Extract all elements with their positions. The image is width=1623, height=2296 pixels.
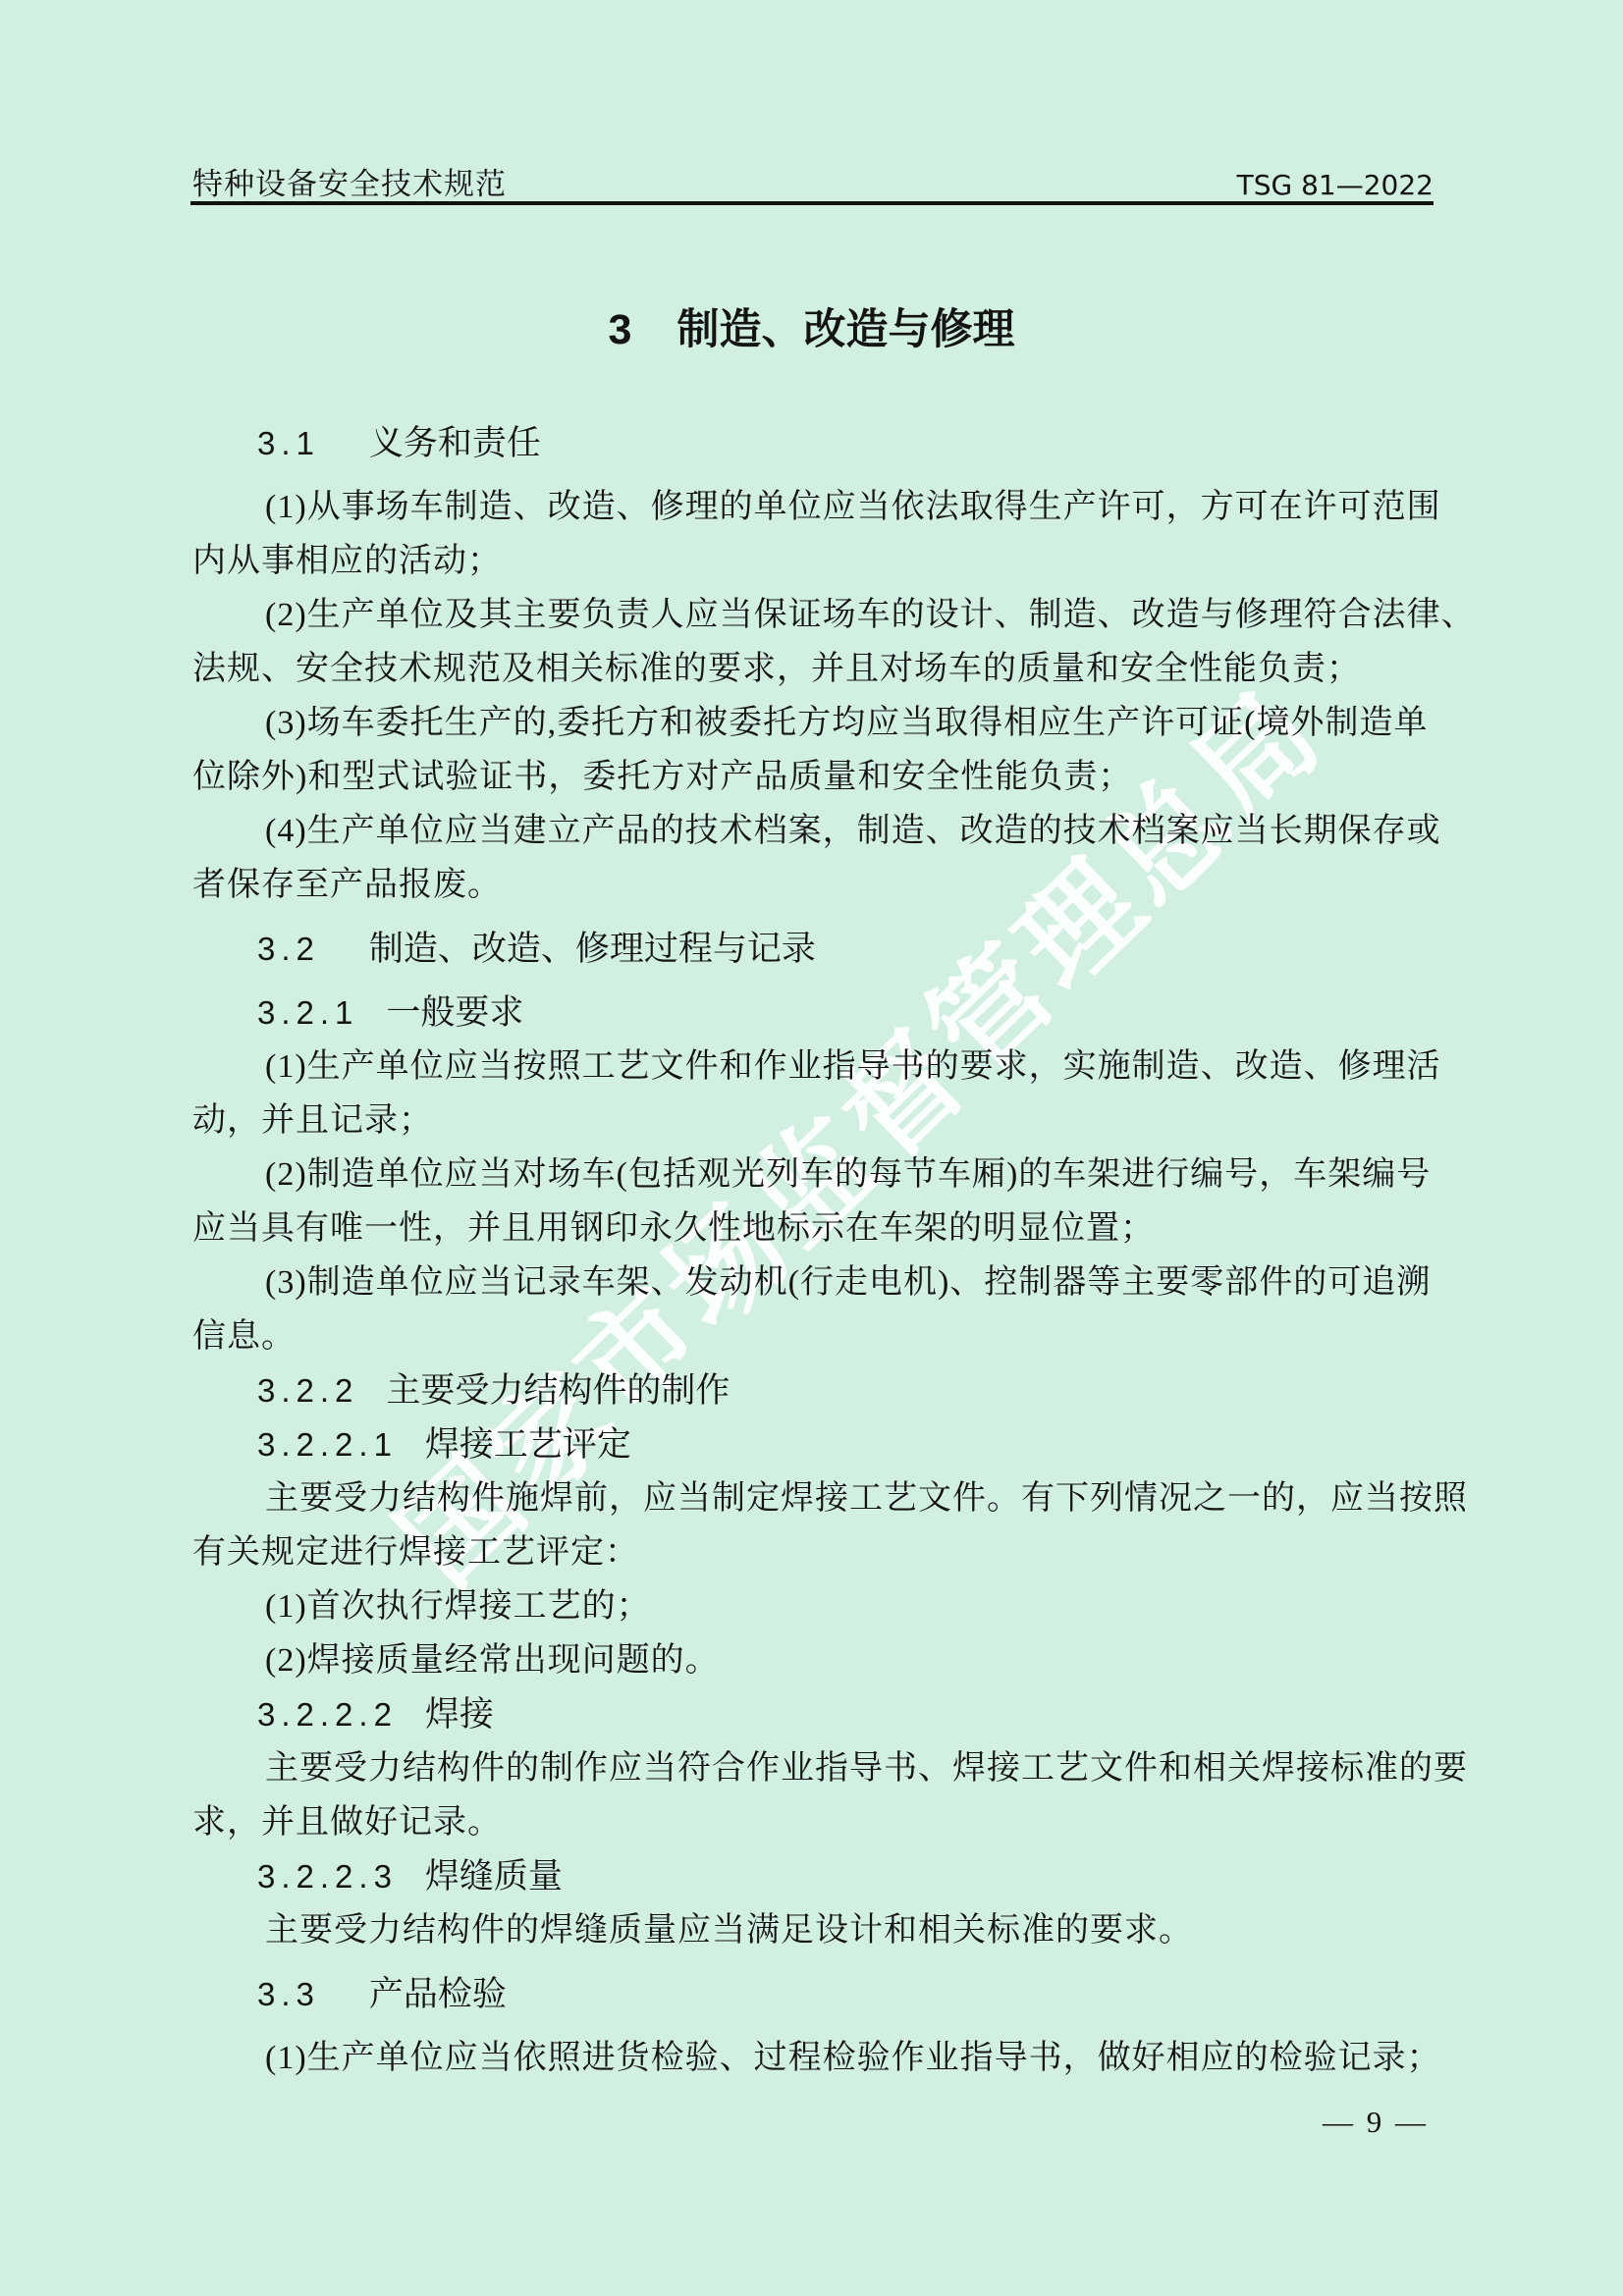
body-text-line: (3)制造单位应当记录车架、发动机(行走电机)、控制器等主要零部件的可追溯 bbox=[192, 1255, 1434, 1309]
body-text-line: 主要受力结构件施焊前，应当制定焊接工艺文件。有下列情况之一的，应当按照 bbox=[192, 1471, 1434, 1525]
section-heading-3.2: 3.2制造、改造、修理过程与记录 bbox=[192, 922, 1434, 976]
section-title-text: 制造、改造、修理过程与记录 bbox=[369, 930, 816, 968]
section-title-text: 焊缝质量 bbox=[425, 1857, 563, 1896]
header-rule bbox=[190, 201, 1434, 205]
body-text-line: 主要受力结构件的制作应当符合作业指导书、焊接工艺文件和相关焊接标准的要 bbox=[192, 1741, 1434, 1795]
section-number: 3.1 bbox=[257, 425, 320, 461]
body-text-line: (4)生产单位应当建立产品的技术档案，制造、改造的技术档案应当长期保存或 bbox=[192, 804, 1434, 858]
section-heading-3.2.2.1: 3.2.2.1焊接工艺评定 bbox=[192, 1417, 1434, 1471]
header-document-code: TSG 81—2022 bbox=[1237, 169, 1434, 201]
body-text-line: 动，并且记录； bbox=[192, 1094, 1434, 1148]
section-title-text: 焊接 bbox=[425, 1695, 494, 1734]
body-text-line: 应当具有唯一性，并且用钢印永久性地标示在车架的明显位置； bbox=[192, 1201, 1434, 1255]
chapter-title-text: 制造、改造与修理 bbox=[676, 306, 1014, 353]
section-heading-3.3: 3.3产品检验 bbox=[192, 1967, 1434, 2021]
document-page: 国家市场监督管理总局 特种设备安全技术规范 TSG 81—2022 3制造、改造… bbox=[0, 0, 1623, 2296]
body-text-line: (2)制造单位应当对场车(包括观光列车的每节车厢)的车架进行编号，车架编号 bbox=[192, 1148, 1434, 1201]
section-title-text: 主要受力结构件的制作 bbox=[386, 1371, 730, 1410]
body-text-line: (1)生产单位应当按照工艺文件和作业指导书的要求，实施制造、改造、修理活 bbox=[192, 1040, 1434, 1094]
header-regulation-name: 特种设备安全技术规范 bbox=[192, 159, 507, 203]
body-text-line: 内从事相应的活动； bbox=[192, 534, 1434, 588]
chapter-number: 3 bbox=[609, 306, 634, 353]
body-text-line: (2)焊接质量经常出现问题的。 bbox=[192, 1633, 1434, 1687]
section-title-text: 产品检验 bbox=[369, 1975, 507, 2013]
body-text-line: 者保存至产品报废。 bbox=[192, 858, 1434, 912]
body-text-line: (1)从事场车制造、改造、修理的单位应当依法取得生产许可，方可在许可范围 bbox=[192, 480, 1434, 534]
body-text-line: 信息。 bbox=[192, 1309, 1434, 1363]
section-number: 3.2.2.2 bbox=[257, 1696, 398, 1733]
document-body: 3.1义务和责任(1)从事场车制造、改造、修理的单位应当依法取得生产许可，方可在… bbox=[192, 406, 1434, 2085]
section-title-text: 一般要求 bbox=[386, 993, 523, 1032]
section-heading-3.1: 3.1义务和责任 bbox=[192, 416, 1434, 470]
section-heading-3.2.2.2: 3.2.2.2焊接 bbox=[192, 1687, 1434, 1741]
section-title-text: 焊接工艺评定 bbox=[425, 1425, 631, 1464]
section-number: 3.2.1 bbox=[257, 994, 358, 1031]
section-number: 3.3 bbox=[257, 1976, 320, 2012]
body-text-line: 主要受力结构件的焊缝质量应当满足设计和相关标准的要求。 bbox=[192, 1903, 1434, 1957]
section-title-text: 义务和责任 bbox=[369, 424, 541, 462]
page-header: 特种设备安全技术规范 TSG 81—2022 bbox=[192, 159, 1434, 203]
page-number: — 9 — bbox=[1323, 2105, 1429, 2140]
body-text-line: (1)生产单位应当依照进货检验、过程检验作业指导书，做好相应的检验记录； bbox=[192, 2031, 1434, 2085]
section-number: 3.2.2 bbox=[257, 1372, 358, 1409]
section-number: 3.2.2.3 bbox=[257, 1858, 398, 1895]
body-text-line: (1)首次执行焊接工艺的； bbox=[192, 1579, 1434, 1633]
body-text-line: (3)场车委托生产的,委托方和被委托方均应当取得相应生产许可证(境外制造单 bbox=[192, 696, 1434, 750]
section-heading-3.2.2: 3.2.2主要受力结构件的制作 bbox=[192, 1363, 1434, 1417]
body-text-line: 有关规定进行焊接工艺评定： bbox=[192, 1525, 1434, 1579]
body-text-line: 位除外)和型式试验证书，委托方对产品质量和安全性能负责； bbox=[192, 750, 1434, 804]
body-text-line: (2)生产单位及其主要负责人应当保证场车的设计、制造、改造与修理符合法律、 bbox=[192, 588, 1434, 642]
section-heading-3.2.1: 3.2.1一般要求 bbox=[192, 986, 1434, 1040]
chapter-title: 3制造、改造与修理 bbox=[0, 300, 1623, 359]
section-number: 3.2.2.1 bbox=[257, 1426, 398, 1463]
body-text-line: 求，并且做好记录。 bbox=[192, 1795, 1434, 1849]
body-text-line: 法规、安全技术规范及相关标准的要求，并且对场车的质量和安全性能负责； bbox=[192, 642, 1434, 696]
section-heading-3.2.2.3: 3.2.2.3焊缝质量 bbox=[192, 1849, 1434, 1903]
content-layer: 特种设备安全技术规范 TSG 81—2022 3制造、改造与修理 3.1义务和责… bbox=[0, 0, 1623, 2296]
section-number: 3.2 bbox=[257, 931, 320, 967]
